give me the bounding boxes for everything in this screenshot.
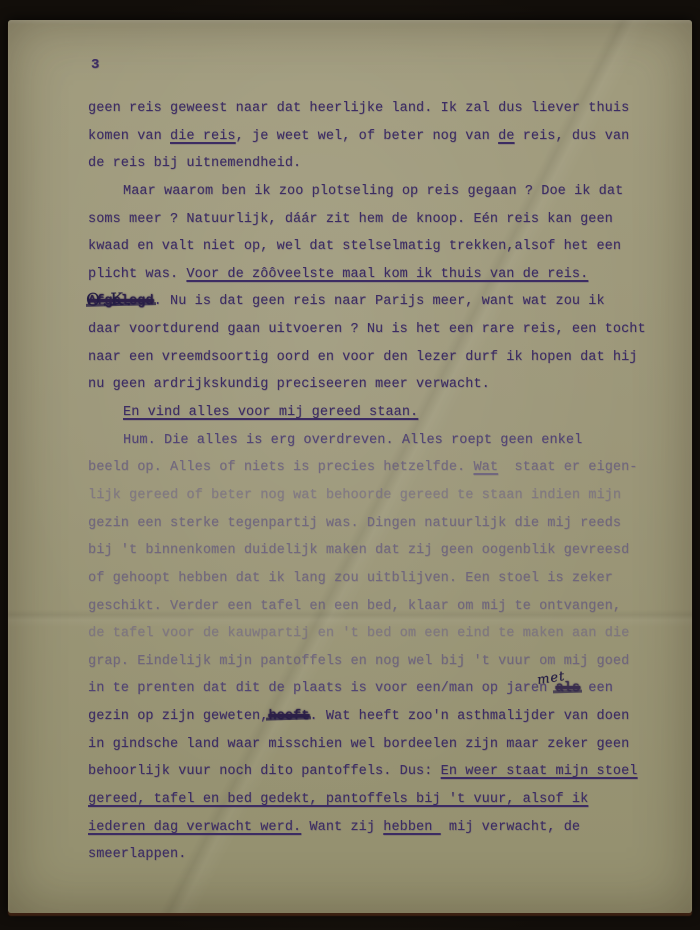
typescript-line: of gehoopt hebben dat ik lang zou uitbli…	[88, 565, 653, 593]
typescript-line: grap. Eindelijk mijn pantoffels en nog w…	[88, 648, 653, 676]
typescript-line: nu geen ardrijkskundig preciseeren meer …	[88, 371, 653, 399]
underlined-text: de	[498, 129, 514, 144]
typed-text: de reis bij uitnemendheid.	[88, 156, 301, 171]
page-number: 3	[91, 57, 99, 73]
typescript-line: geen reis geweest naar dat heerlijke lan…	[88, 95, 653, 123]
typescript-text: geen reis geweest naar dat heerlijke lan…	[88, 95, 653, 869]
typed-text: daar voortdurend gaan uitvoeren ? Nu is …	[88, 322, 646, 337]
typed-text: kwaad en valt niet op, wel dat stelselma…	[88, 239, 621, 254]
typed-text: komen van	[88, 129, 170, 144]
underlined-text: En weer staat mijn stoel	[441, 764, 638, 779]
typed-text: Want zij	[301, 820, 383, 835]
typescript-line: Maar waarom ben ik zoo plotseling op rei…	[88, 178, 653, 206]
scanned-document: 3 geen reis geweest naar dat heerlijke l…	[0, 0, 700, 930]
typed-text: gezin een sterke tegenpartij was. Dingen…	[88, 516, 621, 531]
typed-text: Maar waarom ben ik zoo plotseling op rei…	[123, 184, 623, 199]
struck-out-text: heeft	[268, 709, 309, 724]
typed-text: behoorlijk vuur noch dito pantoffels. Du…	[88, 764, 441, 779]
struck-out-text: Afgelegd	[88, 294, 154, 309]
typed-text: . Wat heeft zoo'n asthmalijder van doen	[309, 709, 629, 724]
typed-text: reis, dus van	[515, 129, 630, 144]
typescript-line: gereed, tafel en bed gedekt, pantoffels …	[88, 786, 653, 814]
typescript-line: soms meer ? Natuurlijk, dáár zit hem de …	[88, 206, 653, 234]
typed-text: gezin op zijn geweten,	[88, 709, 268, 724]
underlined-text: iederen dag verwacht werd.	[88, 820, 301, 835]
underlined-text: En vind alles voor mij gereed staan.	[123, 405, 418, 420]
typescript-line: naar een vreemdsoortig oord en voor den …	[88, 344, 653, 372]
typescript-line: de tafel voor de kauwpartij en 't bed om…	[88, 620, 653, 648]
typed-text: staat er eigen-	[498, 460, 637, 475]
underlined-text: Voor de zôôveelste maal kom ik thuis van…	[186, 267, 588, 282]
underlined-text: Wat	[473, 460, 498, 475]
typescript-line: gezin een sterke tegenpartij was. Dingen…	[88, 510, 653, 538]
typed-text: plicht was.	[88, 267, 186, 282]
struck-out-text: als	[555, 681, 580, 696]
typed-text: geen reis geweest naar dat heerlijke lan…	[88, 101, 629, 116]
typescript-line: bij 't binnenkomen duidelijk maken dat z…	[88, 537, 653, 565]
typed-text: of gehoopt hebben dat ik lang zou uitbli…	[88, 571, 613, 586]
underlined-text: gereed, tafel en bed gedekt, pantoffels …	[88, 792, 588, 807]
typescript-line: komen van die reis, je weet wel, of bete…	[88, 123, 653, 151]
typed-text: naar een vreemdsoortig oord en voor den …	[88, 350, 638, 365]
typescript-line: plicht was. Voor de zôôveelste maal kom …	[88, 261, 653, 289]
typescript-line: geschikt. Verder een tafel en een bed, k…	[88, 593, 653, 621]
typed-text: grap. Eindelijk mijn pantoffels en nog w…	[88, 654, 629, 669]
typescript-line: behoorlijk vuur noch dito pantoffels. Du…	[88, 758, 653, 786]
typed-text: smeerlappen.	[88, 847, 186, 862]
typed-text: lijk gereed of beter nog wat behoorde ge…	[88, 488, 621, 503]
typescript-line: beeld op. Alles of niets is precies hetz…	[88, 454, 653, 482]
typescript-line: de reis bij uitnemendheid.	[88, 150, 653, 178]
typed-text: . Nu is dat geen reis naar Parijs meer, …	[154, 294, 605, 309]
typed-text: , je weet wel, of beter nog van	[236, 129, 498, 144]
typescript-line: in te prenten dat dit de plaats is voor …	[88, 675, 653, 703]
typescript-line: Hum. Die alles is erg overdreven. Alles …	[88, 427, 653, 455]
typed-text: geschikt. Verder een tafel en een bed, k…	[88, 599, 621, 614]
typed-text: nu geen ardrijkskundig preciseeren meer …	[88, 377, 490, 392]
typescript-line: daar voortdurend gaan uitvoeren ? Nu is …	[88, 316, 653, 344]
typed-text: in gindsche land waar misschien wel bord…	[88, 737, 629, 752]
underlined-text: die reis	[170, 129, 236, 144]
typed-text: een	[580, 681, 613, 696]
typescript-line: iederen dag verwacht werd. Want zij hebb…	[88, 814, 653, 842]
typescript-line: Afgelegd. Nu is dat geen reis naar Parij…	[88, 288, 653, 316]
typescript-line: En vind alles voor mij gereed staan.	[88, 399, 653, 427]
typed-text: Hum. Die alles is erg overdreven. Alles …	[123, 433, 582, 448]
typed-text: bij 't binnenkomen duidelijk maken dat z…	[88, 543, 629, 558]
underlined-text: hebben	[383, 820, 440, 835]
typed-text: mij verwacht, de	[441, 820, 580, 835]
typescript-line: in gindsche land waar misschien wel bord…	[88, 731, 653, 759]
typed-text: soms meer ? Natuurlijk, dáár zit hem de …	[88, 212, 613, 227]
typed-text: de tafel voor de kauwpartij en 't bed om…	[88, 626, 629, 641]
typed-text: in te prenten dat dit de plaats is voor …	[88, 681, 555, 696]
typescript-line: lijk gereed of beter nog wat behoorde ge…	[88, 482, 653, 510]
typescript-line: kwaad en valt niet op, wel dat stelselma…	[88, 233, 653, 261]
typescript-line: gezin op zijn geweten,heeft. Wat heeft z…	[88, 703, 653, 731]
typed-text: beeld op. Alles of niets is precies hetz…	[88, 460, 473, 475]
typescript-line: smeerlappen.	[88, 841, 653, 869]
